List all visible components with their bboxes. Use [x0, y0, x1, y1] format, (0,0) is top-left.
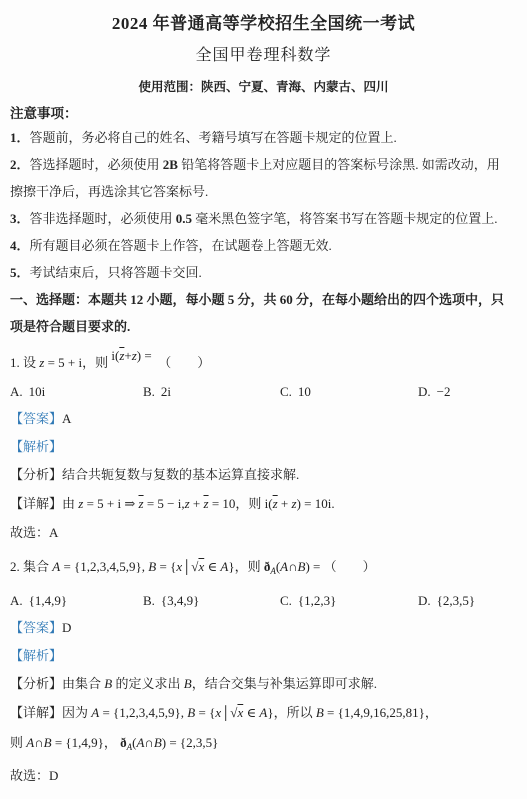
question-2-option-c: C.{1,2,3} [280, 587, 418, 614]
question-1-conclusion: 故选：A [10, 519, 517, 547]
section-heading-line-1: 一、选择题：本题共 12 小题，每小题 5 分，共 60 分，在每小题给出的四个… [10, 286, 517, 313]
notice-line-2: 2．答选择题时，必须使用 2B 铅笔将答题卡上对应题目的答案标号涂黑. 如需改动… [10, 151, 517, 178]
question-2-approach-line: 【分析】由集合 B 的定义求出 B，结合交集与补集运算即可求解. [10, 670, 517, 698]
notice-line-1: 1．答题前，务必将自己的姓名、考籍号填写在答题卡规定的位置上. [10, 124, 517, 151]
option-text: {3,4,9} [161, 593, 199, 608]
exam-document-page: 2024 年普通高等学校招生全国统一考试 全国甲卷理科数学 使用范围：陕西、宁夏… [0, 0, 527, 799]
notice-line-2-continued: 擦擦干净后，再选涂其它答案标号. [10, 178, 517, 205]
option-text: 2i [161, 384, 171, 399]
answer-value: A [62, 411, 71, 426]
question-1-option-d: D.−2 [418, 378, 517, 405]
question-2-analysis-heading: 【解析】 [10, 642, 517, 670]
answer-label: 【答案】 [10, 620, 62, 635]
notice-line-5: 5．考试结束后，只将答题卡交回. [10, 259, 517, 286]
option-label: C. [280, 384, 292, 399]
question-2-solution-line-2: 则 A∩B = {1,4,9}， ðA(A∩B) = {2,3,5} [10, 728, 517, 762]
option-text: −2 [437, 384, 451, 399]
question-2-option-b: B.{3,4,9} [143, 587, 280, 614]
exam-subtitle: 全国甲卷理科数学 [10, 44, 517, 68]
question-2-options-row: A.{1,4,9} B.{3,4,9} C.{1,2,3} D.{2,3,5} [10, 587, 517, 614]
question-2-stem: 2. 集合 A = {1,2,3,4,5,9}, B = {x│√x ∈ A}，… [10, 551, 517, 587]
section-heading-line-2: 项是符合题目要求的. [10, 313, 517, 340]
question-1-option-a: A.10i [10, 378, 143, 405]
question-1-option-c: C.10 [280, 378, 418, 405]
option-label: A. [10, 384, 23, 399]
question-1-answer-line: 【答案】A [10, 405, 517, 433]
option-text: {1,4,9} [29, 593, 67, 608]
option-text: 10 [298, 384, 311, 399]
question-1-stem: 1. 设 z = 5 + i，则 i(z + z) = （ ） [10, 348, 517, 378]
notice-heading: 注意事项： [10, 104, 517, 124]
question-1-analysis-heading: 【解析】 [10, 433, 517, 461]
question-2-option-d: D.{2,3,5} [418, 587, 517, 614]
answer-label: 【答案】 [10, 411, 62, 426]
notice-line-3: 3．答非选择题时，必须使用 0.5 毫米黑色签字笔，将答案书写在答题卡规定的位置… [10, 205, 517, 232]
analysis-label: 【解析】 [10, 648, 62, 663]
exam-scope: 使用范围：陕西、宁夏、青海、内蒙古、四川 [10, 78, 517, 96]
question-1-solution-line: 【详解】由 z = 5 + i ⇒ z = 5 − i,z + z = 10，则… [10, 489, 517, 519]
option-text: {2,3,5} [437, 593, 475, 608]
question-1-approach-line: 【分析】结合共轭复数与复数的基本运算直接求解. [10, 461, 517, 489]
option-label: B. [143, 593, 155, 608]
question-2-conclusion: 故选：D [10, 762, 517, 790]
option-text: 10i [29, 384, 46, 399]
question-2-answer-line: 【答案】D [10, 614, 517, 642]
question-1-option-b: B.2i [143, 378, 280, 405]
notice-line-4: 4．所有题目必须在答题卡上作答，在试题卷上答题无效. [10, 232, 517, 259]
analysis-label: 【解析】 [10, 439, 62, 454]
option-label: D. [418, 593, 431, 608]
option-label: C. [280, 593, 292, 608]
exam-title: 2024 年普通高等学校招生全国统一考试 [10, 12, 517, 36]
question-1-options-row: A.10i B.2i C.10 D.−2 [10, 378, 517, 405]
question-2-option-a: A.{1,4,9} [10, 587, 143, 614]
question-2-solution-line-1: 【详解】因为 A = {1,2,3,4,5,9}, B = {x│√x ∈ A}… [10, 698, 517, 728]
option-text: {1,2,3} [298, 593, 336, 608]
option-label: B. [143, 384, 155, 399]
option-label: A. [10, 593, 23, 608]
option-label: D. [418, 384, 431, 399]
answer-value: D [62, 620, 71, 635]
